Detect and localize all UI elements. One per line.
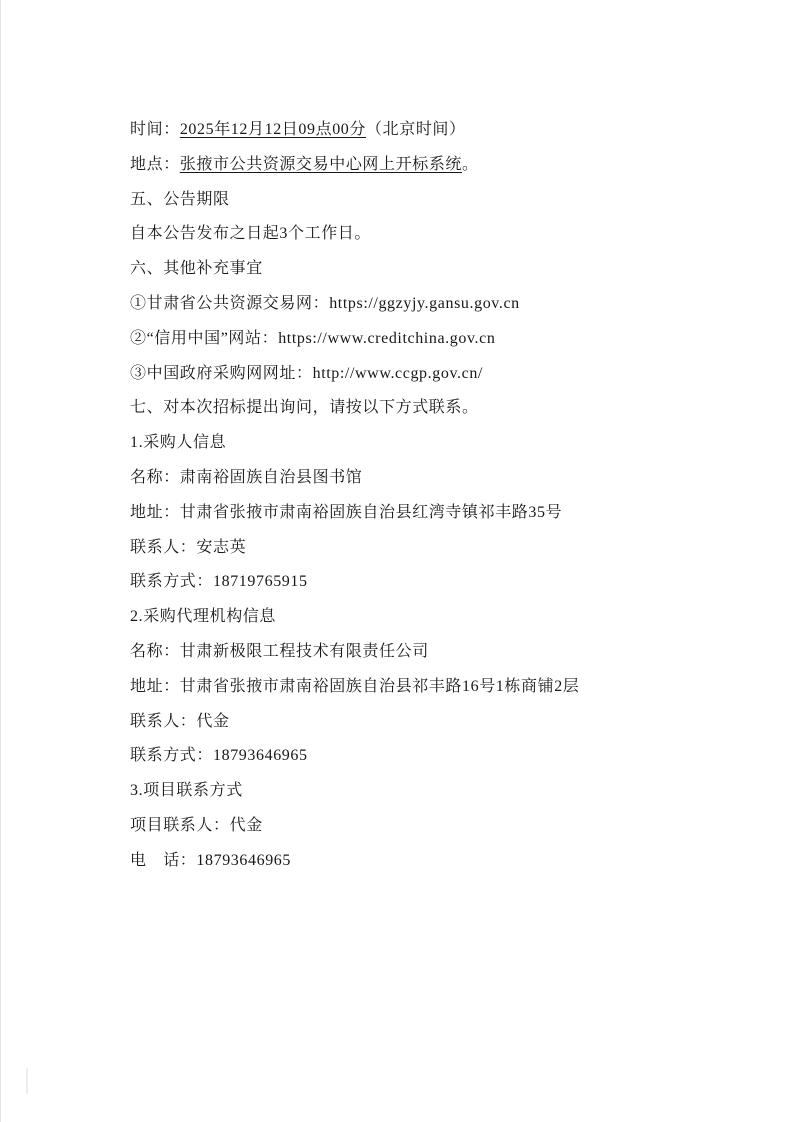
heading-section-7: 七、对本次招标提出询问，请按以下方式联系。: [130, 391, 730, 426]
line-agency-name: 名称：甘肃新极限工程技术有限责任公司: [130, 635, 730, 670]
line-purchaser-name: 名称：肃南裕固族自治县图书馆: [130, 461, 730, 496]
document-body: 时间：2025年12月12日09点00分（北京时间） 地点：张掖市公共资源交易中…: [130, 113, 730, 879]
line-project-contact-person: 项目联系人：代金: [130, 809, 730, 844]
heading-section-6: 六、其他补充事宜: [130, 252, 730, 287]
opening-time-suffix: （北京时间）: [366, 121, 466, 138]
opening-time-value: 2025年12月12日09点00分: [180, 121, 366, 138]
line-announcement-period: 自本公告发布之日起3个工作日。: [130, 217, 730, 252]
scan-artifact-left-edge: [0, 0, 1, 1122]
line-bid-opening-place: 地点：张掖市公共资源交易中心网上开标系统。: [130, 148, 730, 183]
line-agency-contact: 联系人：代金: [130, 705, 730, 740]
line-project-phone: 电 话：18793646965: [130, 844, 730, 879]
line-agency-address: 地址：甘肃省张掖市肃南裕固族自治县祁丰路16号1栋商铺2层: [130, 670, 730, 705]
line-purchaser-address: 地址：甘肃省张掖市肃南裕固族自治县红湾寺镇祁丰路35号: [130, 496, 730, 531]
opening-place-suffix: 。: [462, 156, 479, 173]
line-purchaser-phone: 联系方式：18719765915: [130, 565, 730, 600]
heading-agency-info: 2.采购代理机构信息: [130, 600, 730, 635]
heading-purchaser-info: 1.采购人信息: [130, 426, 730, 461]
heading-project-contact: 3.项目联系方式: [130, 774, 730, 809]
scanned-document-page: 时间：2025年12月12日09点00分（北京时间） 地点：张掖市公共资源交易中…: [0, 0, 793, 1122]
heading-section-5: 五、公告期限: [130, 183, 730, 218]
opening-place-value: 张掖市公共资源交易中心网上开标系统: [180, 156, 462, 173]
line-ccgp-url: ③中国政府采购网网址：http://www.ccgp.gov.cn/: [130, 357, 730, 392]
line-bid-opening-time: 时间：2025年12月12日09点00分（北京时间）: [130, 113, 730, 148]
line-creditchina-url: ②“信用中国”网站：https://www.creditchina.gov.cn: [130, 322, 730, 357]
line-gansu-exchange-url: ①甘肃省公共资源交易网：https://ggzyjy.gansu.gov.cn: [130, 287, 730, 322]
scan-artifact-mark: [26, 1068, 28, 1094]
opening-place-label: 地点：: [130, 156, 180, 173]
line-agency-phone: 联系方式：18793646965: [130, 739, 730, 774]
opening-time-label: 时间：: [130, 121, 180, 138]
line-purchaser-contact: 联系人：安志英: [130, 531, 730, 566]
